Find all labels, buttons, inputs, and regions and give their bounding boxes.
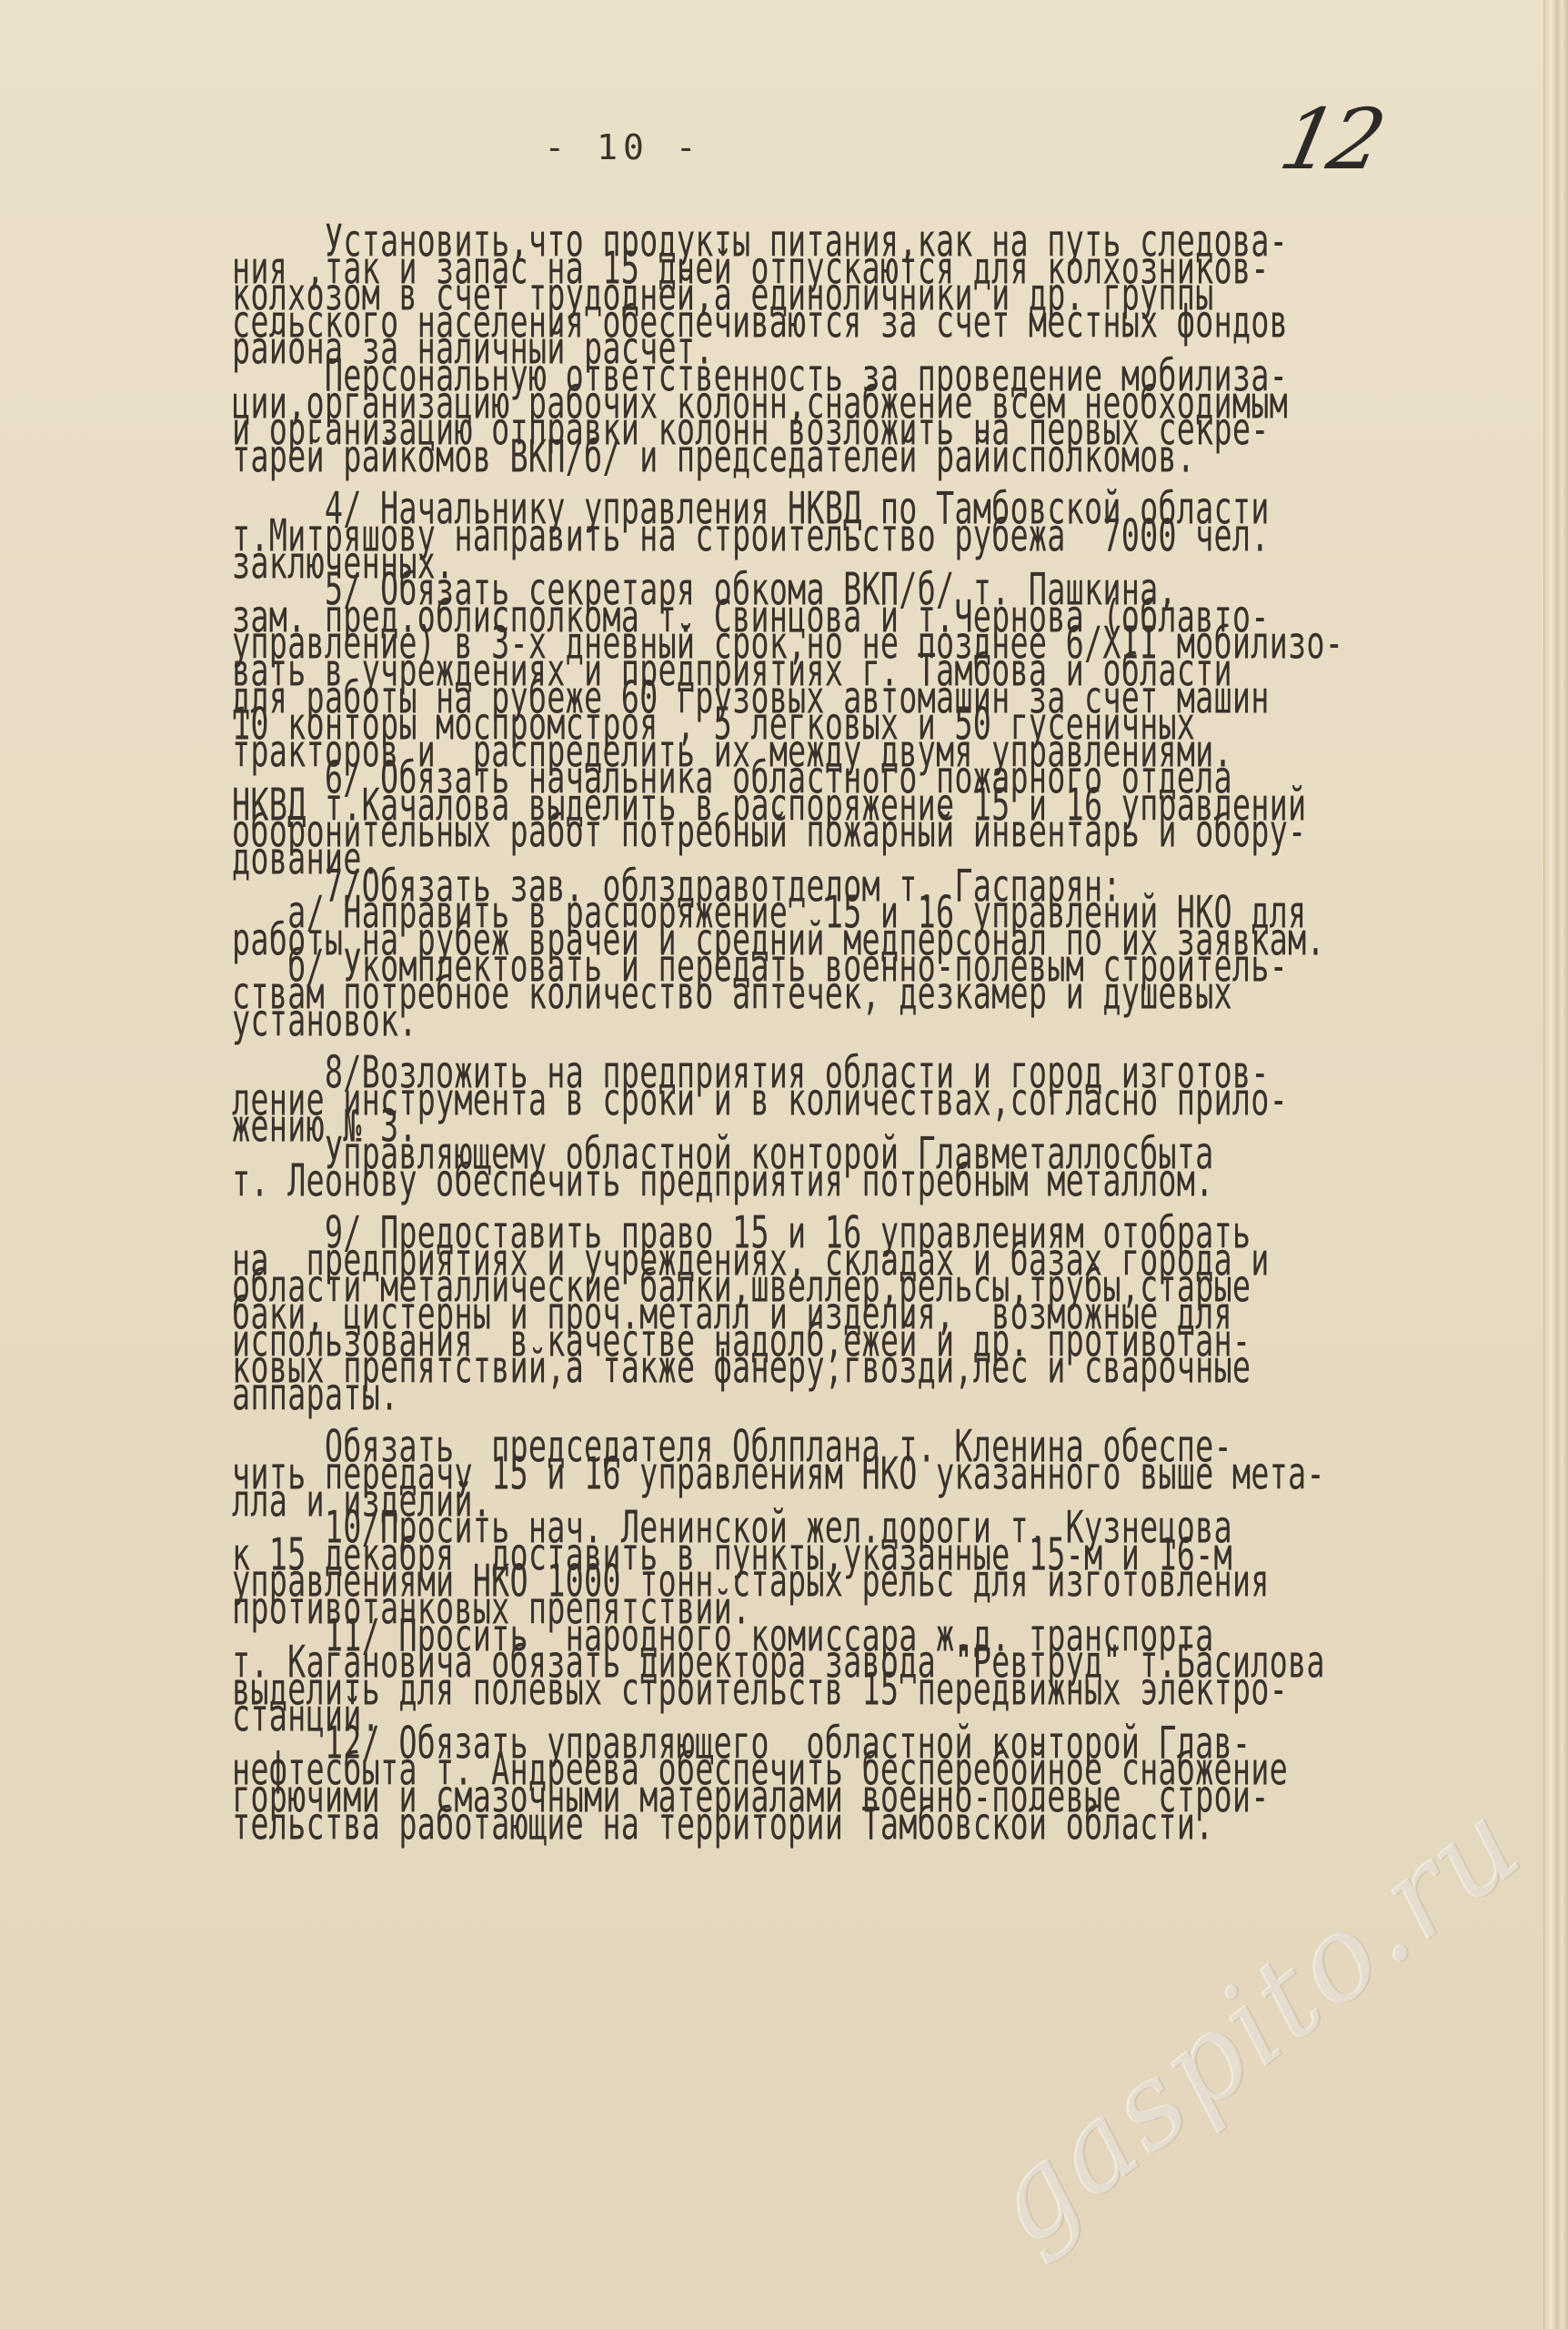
document-page: - 10 - 12 Установить,что продукты питани… xyxy=(0,0,1568,2329)
paragraph-p-10: 10/Просить нач. Ленинской жел.дороги т. … xyxy=(232,1512,1523,1619)
text-line: установок. xyxy=(232,1005,1523,1044)
paragraph-p-12: 12/ Обязать управляющего областной конто… xyxy=(232,1728,1523,1835)
paragraph-p-11: 11/ Просить народного комиссара ж.д. тра… xyxy=(232,1620,1523,1728)
text-line: аппараты. xyxy=(232,1379,1523,1418)
text-line: тельства работающие на территории Тамбов… xyxy=(232,1809,1523,1848)
paragraph-p-5: 5/ Обязать секретаря обкома ВКП/б/ т. Па… xyxy=(232,574,1523,762)
paragraph-p-responsibility: Персональную ответственность за проведен… xyxy=(232,360,1523,468)
paragraph-p-4: 4/ Начальнику управления НКВД по Тамбовс… xyxy=(232,493,1523,574)
paragraph-p-food: Установить,что продукты питания,как на п… xyxy=(232,226,1523,360)
paragraph-p-9: 9/ Предоставить право 15 и 16 управления… xyxy=(232,1217,1523,1406)
page-edge-fold xyxy=(1543,0,1568,2329)
paragraph-p-9b: Обязать председателя Облплана т. Кленина… xyxy=(232,1431,1523,1512)
typed-page-number: - 10 - xyxy=(0,127,1246,167)
paragraph-p-8: 8/Возложить на предприятия области и гор… xyxy=(232,1057,1523,1138)
handwritten-sheet-number: 12 xyxy=(1272,91,1389,188)
paragraph-p-7: 7/Обязать зав. облздравотделом т. Гаспар… xyxy=(232,871,1523,1033)
text-line: тарей райкомов ВКП/б/ и председателей ра… xyxy=(232,441,1523,480)
text-line: т. Леонову обеспечить предприятия потреб… xyxy=(232,1165,1523,1205)
document-body: Установить,что продукты питания,как на п… xyxy=(232,226,1523,1835)
paragraph-p-6: 6/ Обязать начальника областного пожарно… xyxy=(232,762,1523,870)
paragraph-p-8b: Управляющему областной конторой Главмета… xyxy=(232,1138,1523,1192)
